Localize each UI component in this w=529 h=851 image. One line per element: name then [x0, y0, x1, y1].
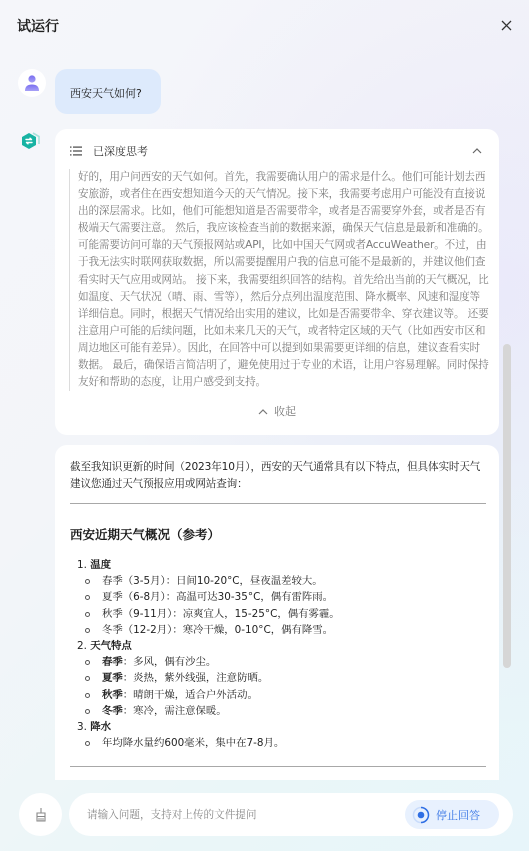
list-item-text: 年均降水量约600毫米，集中在7-8月。: [102, 737, 284, 749]
list-item-label: 秋季: [102, 689, 123, 701]
bullet-icon: [85, 676, 90, 681]
section-number: 2.: [77, 640, 87, 652]
user-avatar-icon: [24, 74, 40, 92]
list-item-text: 春季（3-5月）：日间10-20°C，昼夜温差较大。: [102, 575, 323, 587]
bullet-icon: [85, 579, 90, 584]
user-message-bubble: 西安天气如何?: [55, 69, 161, 114]
chat-scrollbar[interactable]: [503, 344, 511, 668]
thinking-toggle-button[interactable]: [469, 143, 485, 159]
list-item-text: ：寒冷，需注意保暖。: [123, 705, 227, 717]
thinking-label: 已深度思考: [93, 143, 148, 159]
assistant-avatar: [16, 128, 44, 156]
list-icon: [70, 146, 82, 156]
composer: 停止回答: [69, 793, 513, 836]
answer-list: 1. 温度 春季（3-5月）：日间10-20°C，昼夜温差较大。 夏季（6-8月…: [77, 557, 487, 751]
bullet-icon: [85, 612, 90, 617]
close-icon: [501, 20, 512, 31]
stop-icon: [412, 806, 430, 824]
question-input[interactable]: [87, 805, 387, 824]
bullet-icon: [85, 741, 90, 746]
broom-icon: [34, 807, 48, 823]
section-temperature: 1. 温度: [77, 557, 487, 573]
collapse-thinking-button[interactable]: 收起: [55, 403, 499, 419]
close-button[interactable]: [496, 15, 516, 35]
list-item: 冬季：寒冷，需注意保暖。: [77, 703, 487, 719]
answer-panel: 截至我知识更新的时间（2023年10月），西安的天气通常具有以下特点，但具体实时…: [55, 445, 499, 780]
chevron-up-icon: [472, 148, 482, 154]
section-title: 天气特点: [90, 640, 132, 652]
answer-intro: 截至我知识更新的时间（2023年10月），西安的天气通常具有以下特点，但具体实时…: [70, 459, 488, 493]
list-item-text: 秋季（9-11月）：凉爽宜人，15-25°C，偶有雾霾。: [102, 608, 340, 620]
dialog-title: 试运行: [17, 16, 59, 36]
stop-answer-button[interactable]: 停止回答: [405, 800, 499, 829]
section-number: 1.: [77, 559, 87, 571]
section-title: 温度: [90, 559, 111, 571]
list-item: 春季：多风，偶有沙尘。: [77, 654, 487, 670]
thinking-panel: 已深度思考 好的，用户问西安的天气如何。首先，我需要确认用户的需求是什么。他们可…: [55, 129, 499, 435]
list-item: 秋季（9-11月）：凉爽宜人，15-25°C，偶有雾霾。: [77, 606, 487, 622]
list-item-label: 冬季: [102, 705, 123, 717]
list-item: 夏季（6-8月）：高温可达30-35°C，偶有雷阵雨。: [77, 589, 487, 605]
divider: [70, 766, 486, 767]
list-item: 年均降水量约600毫米，集中在7-8月。: [77, 735, 487, 751]
dialog-header: 试运行: [0, 0, 529, 50]
list-item-label: 夏季: [102, 672, 123, 684]
section-number: 3.: [77, 721, 87, 733]
section-weather-features: 2. 天气特点: [77, 638, 487, 654]
collapse-label: 收起: [274, 405, 296, 418]
bullet-icon: [85, 595, 90, 600]
user-avatar: [18, 69, 46, 97]
list-item: 冬季（12-2月）：寒冷干燥，0-10°C，偶有降雪。: [77, 622, 487, 638]
divider: [70, 503, 486, 504]
list-item-label: 春季: [102, 656, 123, 668]
list-item: 秋季：晴朗干燥，适合户外活动。: [77, 687, 487, 703]
list-item: 春季（3-5月）：日间10-20°C，昼夜温差较大。: [77, 573, 487, 589]
thinking-header[interactable]: 已深度思考: [70, 143, 148, 159]
clear-chat-button[interactable]: [19, 793, 62, 836]
bullet-icon: [85, 660, 90, 665]
list-item-text: 夏季（6-8月）：高温可达30-35°C，偶有雷阵雨。: [102, 591, 333, 603]
list-item-text: ：炎热，紫外线强，注意防晒。: [123, 672, 268, 684]
chevron-up-icon: [258, 409, 268, 415]
list-item-text: ：多风，偶有沙尘。: [123, 656, 217, 668]
bot-logo-icon: [18, 130, 42, 154]
bullet-icon: [85, 628, 90, 633]
list-item: 夏季：炎热，紫外线强，注意防晒。: [77, 670, 487, 686]
bullet-icon: [85, 693, 90, 698]
thinking-content: 好的，用户问西安的天气如何。首先，我需要确认用户的需求是什么。他们可能计划去西安…: [69, 169, 489, 391]
section-precipitation: 3. 降水: [77, 719, 487, 735]
list-item-text: 冬季（12-2月）：寒冷干燥，0-10°C，偶有降雪。: [102, 624, 333, 636]
bullet-icon: [85, 709, 90, 714]
section-title: 降水: [90, 721, 111, 733]
list-item-text: ：晴朗干燥，适合户外活动。: [123, 689, 258, 701]
user-message-text: 西安天气如何?: [70, 87, 142, 100]
stop-answer-label: 停止回答: [436, 807, 480, 823]
answer-heading: 西安近期天气概况（参考）: [70, 525, 220, 543]
